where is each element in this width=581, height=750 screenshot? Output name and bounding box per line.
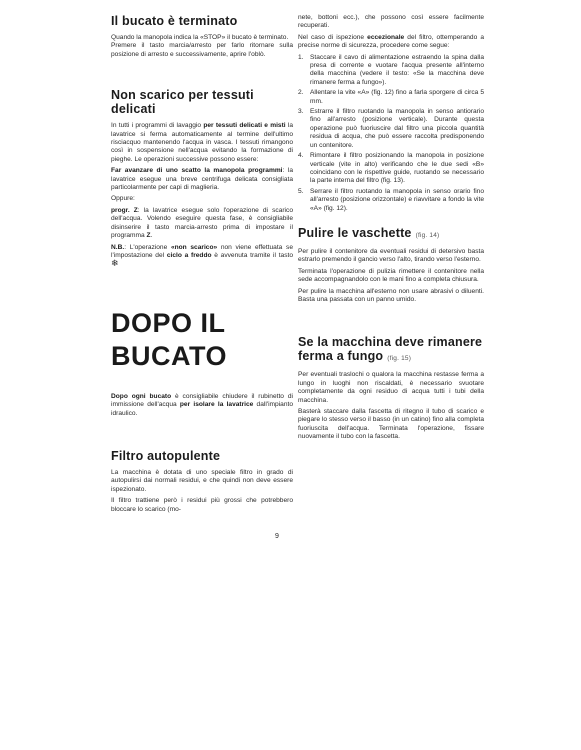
paragraph: Oppure: xyxy=(111,195,293,203)
paragraph: Far avanzare di uno scatto la manopola p… xyxy=(111,167,293,192)
paragraph: Terminata l'operazione di pulizia rimett… xyxy=(298,268,484,285)
right-column: nete, bottoni ecc.), che possono così es… xyxy=(298,14,484,445)
section-title-ferma-a-lungo: Se la macchina deve rimanere ferma a fun… xyxy=(298,335,484,366)
paragraph: In tutti i programmi di lavaggio per tes… xyxy=(111,122,293,164)
step-item: 1.Staccare il cavo di alimentazione estr… xyxy=(298,54,484,88)
paragraph: La macchina è dotata di uno speciale fil… xyxy=(111,469,293,494)
paragraph: nete, bottoni ecc.), che possono così es… xyxy=(298,14,484,31)
paragraph: Per pulire il contenitore da eventuali r… xyxy=(298,248,484,265)
paragraph: Quando la manopola indica la «STOP» il b… xyxy=(111,34,293,59)
note-paragraph: N.B.: L'operazione «non scarico» non vie… xyxy=(111,244,293,270)
step-item: 5.Serrare il filtro ruotando la manopola… xyxy=(298,188,484,213)
paragraph: Nel caso di ispezione eccezionale del fi… xyxy=(298,34,484,51)
paragraph: Dopo ogni bucato è consigliabile chiuder… xyxy=(111,393,293,418)
left-column: Il bucato è terminato Quando la manopola… xyxy=(111,14,293,517)
section-title-vaschette: Pulire le vaschette(fig. 14) xyxy=(298,226,484,243)
step-item: 3.Estrarre il filtro ruotando la manopol… xyxy=(298,108,484,150)
section-title-bucato-terminato: Il bucato è terminato xyxy=(111,14,293,28)
paragraph: Per pulire la macchina all'esterno non u… xyxy=(298,288,484,305)
paragraph: Il filtro trattiene però i residui più g… xyxy=(111,497,293,514)
chapter-title-line-2: BUCATO xyxy=(111,340,293,373)
chapter-title-line-1: DOPO IL xyxy=(111,307,293,340)
step-item: 4.Rimontare il filtro posizionando la ma… xyxy=(298,152,484,186)
step-item: 2.Allentare la vite «A» (fig. 12) fino a… xyxy=(298,89,484,106)
paragraph: Basterà staccare dalla fascetta di riteg… xyxy=(298,408,484,442)
procedure-steps: 1.Staccare il cavo di alimentazione estr… xyxy=(298,54,484,213)
section-title-filtro: Filtro autopulente xyxy=(111,449,293,463)
section-title-non-scarico: Non scarico per tessuti delicati xyxy=(111,88,293,116)
paragraph: Per eventuali traslochi o qualora la mac… xyxy=(298,371,484,405)
paragraph: progr. Z: la lavatrice esegue solo l'ope… xyxy=(111,207,293,241)
cold-cycle-icon: ❄ xyxy=(111,260,119,266)
page-number: 9 xyxy=(275,533,279,540)
